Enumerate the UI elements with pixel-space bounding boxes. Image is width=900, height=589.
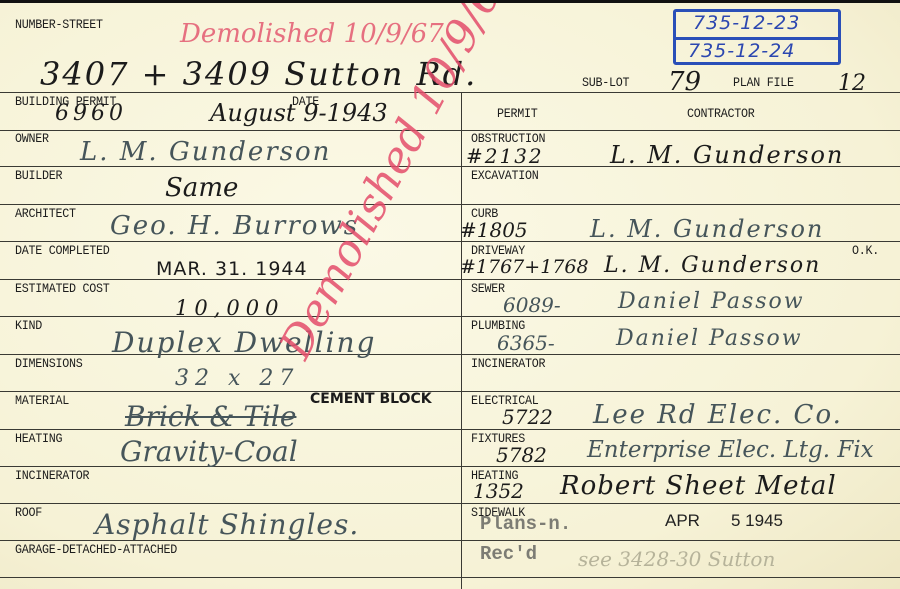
architect-value: Geo. H. Burrows: [110, 211, 359, 241]
building-permit-value: 6960: [55, 101, 127, 126]
rule: [0, 316, 900, 317]
plan-file-label: PLAN FILE: [733, 75, 794, 90]
rule: [0, 130, 900, 131]
garage-label: GARAGE-DETACHED-ATTACHED: [15, 542, 177, 557]
plan-ref-2: 735-12-24: [688, 40, 795, 62]
sewer-permit: 6089-: [503, 293, 561, 317]
incinerator-permit-label: INCINERATOR: [471, 356, 545, 371]
contractor-column-header: CONTRACTOR: [687, 106, 755, 121]
obstruction-permit: #2132: [466, 144, 544, 168]
estimated-cost-label: ESTIMATED COST: [15, 281, 110, 296]
date-value: August 9-1943: [210, 99, 388, 127]
driveway-ok-note: O.K.: [852, 243, 879, 258]
kind-label: KIND: [15, 318, 42, 333]
roof-value: Asphalt Shingles.: [95, 508, 359, 541]
estimated-cost-value: 10,000: [175, 296, 284, 320]
heating-label: HEATING: [15, 431, 62, 446]
plan-ref-1: 735-12-23: [693, 12, 800, 34]
sewer-label: SEWER: [471, 281, 505, 296]
electrical-permit: 5722: [502, 405, 553, 429]
material-correction: CEMENT BLOCK: [310, 391, 432, 407]
plan-file-value: 12: [838, 71, 866, 96]
heating-value: Gravity-Coal: [120, 435, 298, 468]
date-completed-label: DATE COMPLETED: [15, 243, 110, 258]
heating-contractor: Robert Sheet Metal: [560, 471, 837, 501]
incinerator-label: INCINERATOR: [15, 468, 89, 483]
obstruction-contractor: L. M. Gunderson: [610, 141, 844, 169]
builder-value: Same: [165, 173, 238, 203]
builder-label: BUILDER: [15, 168, 62, 183]
material-label: MATERIAL: [15, 393, 69, 408]
see-note: see 3428-30 Sutton: [578, 547, 775, 571]
sewer-contractor: Daniel Passow: [618, 289, 805, 314]
permit-column-header: PERMIT: [497, 106, 538, 121]
electrical-contractor: Lee Rd Elec. Co.: [593, 400, 843, 430]
owner-label: OWNER: [15, 131, 49, 146]
sub-lot-value: 79: [668, 67, 701, 97]
dimensions-label: DIMENSIONS: [15, 356, 83, 371]
rule: [0, 391, 900, 392]
rule: [0, 503, 900, 504]
fixtures-contractor: Enterprise Elec. Ltg. Fix: [587, 437, 874, 463]
heating-permit: 1352: [473, 479, 524, 503]
permit-card: NUMBER-STREET 3407 + 3409 Sutton Rd. Dem…: [0, 0, 900, 589]
plumbing-permit: 6365-: [497, 331, 555, 355]
received-stamp: Rec'd: [480, 543, 537, 565]
date-completed-value: MAR. 31. 1944: [156, 258, 308, 280]
date-stamp-day-year: 5 1945: [731, 511, 783, 531]
plans-stamp: Plans-n.: [480, 513, 571, 535]
plumbing-contractor: Daniel Passow: [616, 326, 803, 351]
architect-label: ARCHITECT: [15, 206, 76, 221]
excavation-label: EXCAVATION: [471, 168, 539, 183]
rule: [0, 204, 900, 205]
number-street-label: NUMBER-STREET: [15, 17, 103, 32]
demolished-note: Demolished 10/9/67: [180, 19, 444, 49]
driveway-permit: #1767+1768: [460, 256, 589, 278]
sub-lot-label: SUB-LOT: [582, 75, 629, 90]
owner-value: L. M. Gunderson: [80, 137, 331, 167]
material-value: Brick & Tile: [125, 400, 296, 433]
column-divider: [461, 92, 462, 589]
dimensions-value: 32 x 27: [175, 366, 299, 391]
driveway-contractor: L. M. Gunderson: [604, 253, 821, 278]
roof-label: ROOF: [15, 505, 42, 520]
date-stamp-month: APR: [665, 511, 700, 531]
kind-value: Duplex Dwelling: [112, 326, 376, 359]
rule: [0, 279, 900, 280]
curb-contractor: L. M. Gunderson: [590, 215, 824, 243]
curb-permit: #1805: [460, 218, 528, 242]
rule: [0, 577, 900, 578]
fixtures-permit: 5782: [496, 443, 547, 467]
